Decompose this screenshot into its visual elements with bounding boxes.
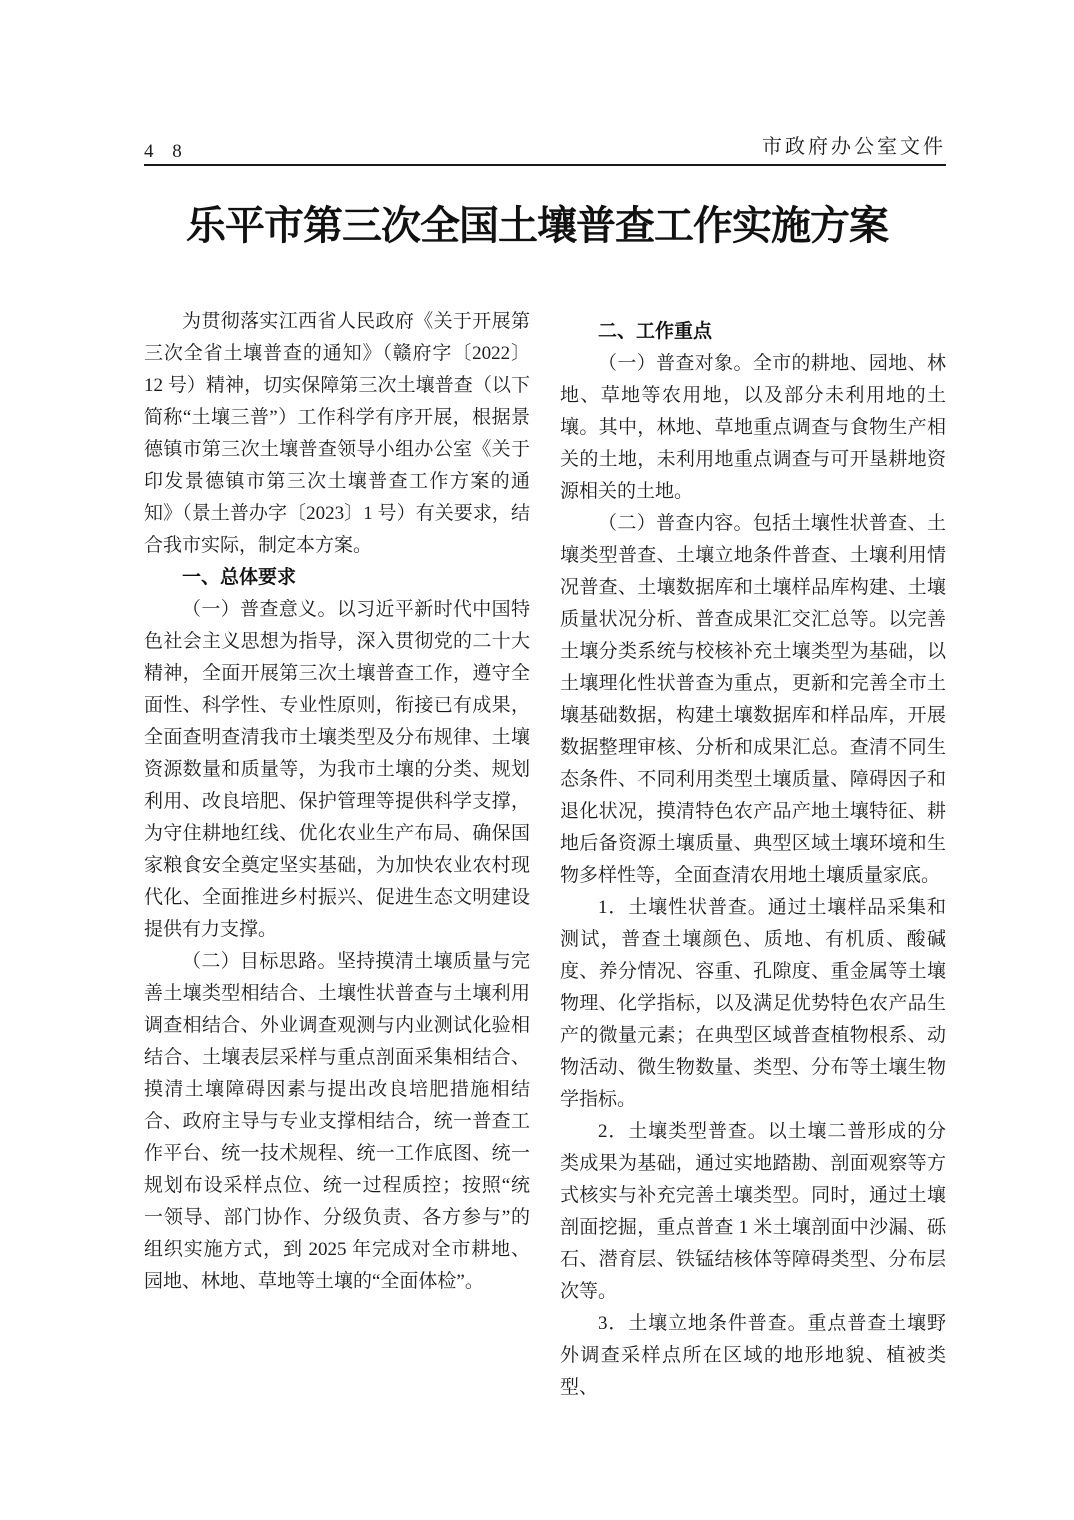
header-doc-label: 市政府办公室文件 bbox=[762, 130, 946, 164]
paragraph-survey-content: （二）普查内容。包括土壤性状普查、土壤类型普查、土壤立地条件普查、土壤利用情况普… bbox=[560, 508, 946, 892]
paragraph-text: 坚持摸清土壤质量与完善土壤类型相结合、土壤性状普查与土壤利用调查相结合、外业调查… bbox=[144, 951, 530, 1292]
paragraph-lead: 2．土壤类型普查。 bbox=[598, 1121, 768, 1142]
section-heading-work-focus: 二、工作重点 bbox=[560, 316, 946, 348]
paragraph-lead: （一）普查意义。 bbox=[182, 599, 337, 620]
paragraph-text: 全市的耕地、园地、林地、草地等农用地，以及部分未利用地的土壤。其中，林地、草地重… bbox=[560, 353, 946, 502]
paragraph-soil-site-condition-survey: 3．土壤立地条件普查。重点普查土壤野外调查采样点所在区域的地形地貌、植被类型、 bbox=[560, 1308, 946, 1404]
paragraph-lead: （二）目标思路。 bbox=[182, 951, 337, 972]
page-header: 4 8 市政府办公室文件 bbox=[144, 130, 946, 166]
body-columns: 为贯彻落实江西省人民政府《关于开展第三次全省土壤普查的通知》（赣府字〔2022〕… bbox=[144, 306, 946, 1404]
paragraph-text: 以习近平新时代中国特色社会主义思想为指导，深入贯彻党的二十大精神，全面开展第三次… bbox=[144, 599, 530, 940]
section-heading-overall-requirements: 一、总体要求 bbox=[144, 562, 530, 594]
paragraph-goal-approach: （二）目标思路。坚持摸清土壤质量与完善土壤类型相结合、土壤性状普查与土壤利用调查… bbox=[144, 946, 530, 1298]
document-title: 乐平市第三次全国土壤普查工作实施方案 bbox=[0, 194, 1074, 251]
paragraph-text: 通过土壤样品采集和测试，普查土壤颜色、质地、有机质、酸碱度、养分情况、容重、孔隙… bbox=[560, 897, 946, 1110]
paragraph-lead: 1．土壤性状普查。 bbox=[598, 897, 768, 918]
paragraph-lead: （二）普查内容。 bbox=[598, 513, 753, 534]
paragraph-lead: （一）普查对象。 bbox=[598, 353, 753, 374]
paragraph-survey-objects: （一）普查对象。全市的耕地、园地、林地、草地等农用地，以及部分未利用地的土壤。其… bbox=[560, 348, 946, 508]
right-column: 二、工作重点 （一）普查对象。全市的耕地、园地、林地、草地等农用地，以及部分未利… bbox=[560, 306, 946, 1404]
paragraph-text: 包括土壤性状普查、土壤类型普查、土壤立地条件普查、土壤利用情况普查、土壤数据库和… bbox=[560, 513, 946, 886]
paragraph-text: 以土壤二普形成的分类成果为基础，通过实地踏勘、剖面观察等方式核实与补充完善土壤类… bbox=[560, 1121, 946, 1302]
paragraph-preamble: 为贯彻落实江西省人民政府《关于开展第三次全省土壤普查的通知》（赣府字〔2022〕… bbox=[144, 306, 530, 562]
paragraph-lead: 3．土壤立地条件普查。 bbox=[598, 1313, 808, 1334]
left-column: 为贯彻落实江西省人民政府《关于开展第三次全省土壤普查的通知》（赣府字〔2022〕… bbox=[144, 306, 530, 1404]
document-page: 4 8 市政府办公室文件 乐平市第三次全国土壤普查工作实施方案 为贯彻落实江西省… bbox=[0, 0, 1074, 1520]
paragraph-survey-significance: （一）普查意义。以习近平新时代中国特色社会主义思想为指导，深入贯彻党的二十大精神… bbox=[144, 594, 530, 946]
paragraph-soil-properties-survey: 1．土壤性状普查。通过土壤样品采集和测试，普查土壤颜色、质地、有机质、酸碱度、养… bbox=[560, 892, 946, 1116]
page-number: 4 8 bbox=[144, 141, 189, 164]
paragraph-soil-type-survey: 2．土壤类型普查。以土壤二普形成的分类成果为基础，通过实地踏勘、剖面观察等方式核… bbox=[560, 1116, 946, 1308]
paragraph-text: 为贯彻落实江西省人民政府《关于开展第三次全省土壤普查的通知》（赣府字〔2022〕… bbox=[144, 311, 530, 556]
